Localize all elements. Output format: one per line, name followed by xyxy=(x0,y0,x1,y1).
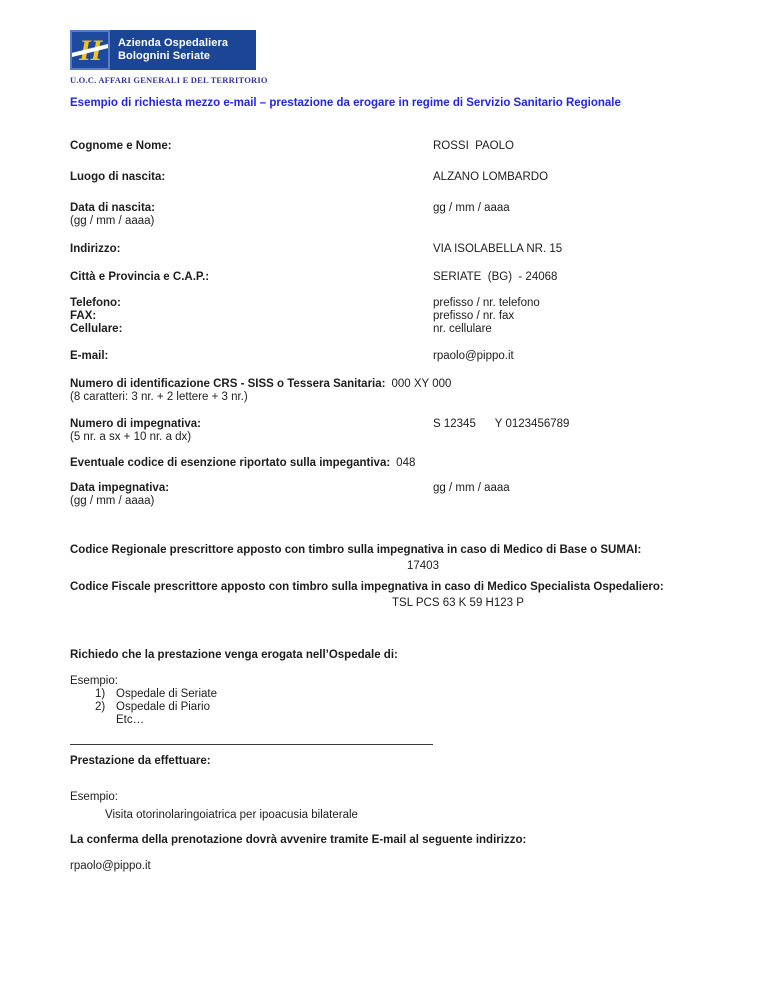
logo-org-line1: Azienda Ospedaliera xyxy=(118,37,256,50)
field-row-luogo-nascita: Luogo di nascita: ALZANO LOMBARDO xyxy=(70,171,694,184)
field-value-codice-regionale: 17403 xyxy=(407,558,694,574)
field-label-codice-regionale: Codice Regionale prescrittore apposto co… xyxy=(70,542,694,558)
field-row-citta: Città e Provincia e C.A.P.: SERIATE (BG)… xyxy=(70,271,694,284)
field-label-email: E-mail: xyxy=(70,350,108,362)
field-value-cellulare: nr. cellulare xyxy=(433,323,492,336)
logo-org-name: Azienda Ospedaliera Bolognini Seriate xyxy=(110,30,256,70)
field-label-codice-fiscale: Codice Fiscale prescrittore apposto con … xyxy=(70,579,694,595)
list-item-ospedale-2: 2)Ospedale di Piario xyxy=(95,701,694,714)
field-block-codice-fiscale: Codice Fiscale prescrittore apposto con … xyxy=(70,579,694,611)
field-label-esenzione: Eventuale codice di esenzione riportato … xyxy=(70,457,390,469)
field-note-crs: (8 caratteri: 3 nr. + 2 lettere + 3 nr.) xyxy=(70,391,694,404)
department-name: U.O.C. AFFARI GENERALI E DEL TERRITORIO xyxy=(70,75,694,86)
field-label-cognome: Cognome e Nome: xyxy=(70,140,172,152)
conferma-email: rpaolo@pippo.it xyxy=(70,860,694,873)
esempio-label: Esempio: xyxy=(70,791,694,804)
page-title: Esempio di richiesta mezzo e-mail – pres… xyxy=(70,97,694,110)
field-note-data-impegnativa: (gg / mm / aaaa) xyxy=(70,495,694,508)
field-row-cellulare: Cellulare: nr. cellulare xyxy=(70,323,694,336)
field-value-luogo-nascita: ALZANO LOMBARDO xyxy=(433,171,548,184)
field-label-impegnativa: Numero di impegnativa: xyxy=(70,418,201,430)
field-block-codice-regionale: Codice Regionale prescrittore apposto co… xyxy=(70,542,694,574)
contact-group: Telefono: prefisso / nr. telefono FAX: p… xyxy=(70,297,694,336)
field-note-data-nascita: (gg / mm / aaaa) xyxy=(70,215,694,228)
esempio-ospedali-list: Esempio: 1)Ospedale di Seriate 2)Ospedal… xyxy=(70,675,694,727)
field-label-fax: FAX: xyxy=(70,310,96,322)
field-row-impegnativa: Numero di impegnativa: S 12345 Y 0123456… xyxy=(70,418,694,444)
conferma-heading: La conferma della prenotazione dovrà avv… xyxy=(70,834,694,847)
logo-h-icon: H xyxy=(70,30,110,70)
field-label-crs: Numero di identificazione CRS - SISS o T… xyxy=(70,378,385,390)
field-value-cognome: ROSSI PAOLO xyxy=(433,140,514,153)
divider-line xyxy=(70,744,433,745)
document-page: H Azienda Ospedaliera Bolognini Seriate … xyxy=(0,0,768,994)
field-value-telefono: prefisso / nr. telefono xyxy=(433,297,540,310)
list-text: Ospedale di Seriate xyxy=(116,688,217,700)
field-value-crs: 000 XY 000 xyxy=(391,378,451,390)
field-label-data-nascita: Data di nascita: xyxy=(70,202,155,214)
field-label-cellulare: Cellulare: xyxy=(70,323,122,335)
field-row-esenzione: Eventuale codice di esenzione riportato … xyxy=(70,457,694,470)
prestazione-value: Visita otorinolaringoiatrica per ipoacus… xyxy=(105,809,694,822)
esempio-label: Esempio: xyxy=(70,675,694,688)
field-row-email: E-mail: rpaolo@pippo.it xyxy=(70,350,694,363)
field-value-impegnativa: S 12345 Y 0123456789 xyxy=(433,418,569,431)
field-row-cognome: Cognome e Nome: ROSSI PAOLO xyxy=(70,140,694,153)
field-value-data-nascita: gg / mm / aaaa xyxy=(433,202,510,215)
field-row-indirizzo: Indirizzo: VIA ISOLABELLA NR. 15 xyxy=(70,243,694,256)
list-text: Ospedale di Piario xyxy=(116,701,210,713)
field-value-codice-fiscale: TSL PCS 63 K 59 H123 P xyxy=(392,595,694,611)
list-etc: Etc… xyxy=(116,714,694,727)
field-value-email: rpaolo@pippo.it xyxy=(433,350,514,363)
field-label-data-impegnativa: Data impegnativa: xyxy=(70,482,169,494)
field-row-data-nascita: Data di nascita: gg / mm / aaaa (gg / mm… xyxy=(70,202,694,228)
field-value-esenzione: 048 xyxy=(396,457,415,469)
field-row-fax: FAX: prefisso / nr. fax xyxy=(70,310,694,323)
field-row-crs: Numero di identificazione CRS - SISS o T… xyxy=(70,378,694,404)
list-number: 2) xyxy=(95,701,116,714)
prestazione-heading: Prestazione da effettuare: xyxy=(70,755,694,768)
ospedale-heading: Richiedo che la prestazione venga erogat… xyxy=(70,649,694,662)
list-number: 1) xyxy=(95,688,116,701)
field-note-impegnativa: (5 nr. a sx + 10 nr. a dx) xyxy=(70,431,694,444)
field-value-fax: prefisso / nr. fax xyxy=(433,310,514,323)
field-row-data-impegnativa: Data impegnativa: gg / mm / aaaa (gg / m… xyxy=(70,482,694,508)
field-label-luogo-nascita: Luogo di nascita: xyxy=(70,171,165,183)
esempio-prestazione: Esempio: Visita otorinolaringoiatrica pe… xyxy=(70,791,694,822)
field-label-telefono: Telefono: xyxy=(70,297,121,309)
field-row-telefono: Telefono: prefisso / nr. telefono xyxy=(70,297,694,310)
logo-org-line2: Bolognini Seriate xyxy=(118,50,256,63)
field-value-citta: SERIATE (BG) - 24068 xyxy=(433,271,557,284)
list-item-ospedale-1: 1)Ospedale di Seriate xyxy=(95,688,694,701)
field-label-indirizzo: Indirizzo: xyxy=(70,243,120,255)
field-label-citta: Città e Provincia e C.A.P.: xyxy=(70,271,209,283)
field-value-indirizzo: VIA ISOLABELLA NR. 15 xyxy=(433,243,562,256)
hospital-logo: H Azienda Ospedaliera Bolognini Seriate xyxy=(70,30,256,70)
field-value-data-impegnativa: gg / mm / aaaa xyxy=(433,482,510,495)
